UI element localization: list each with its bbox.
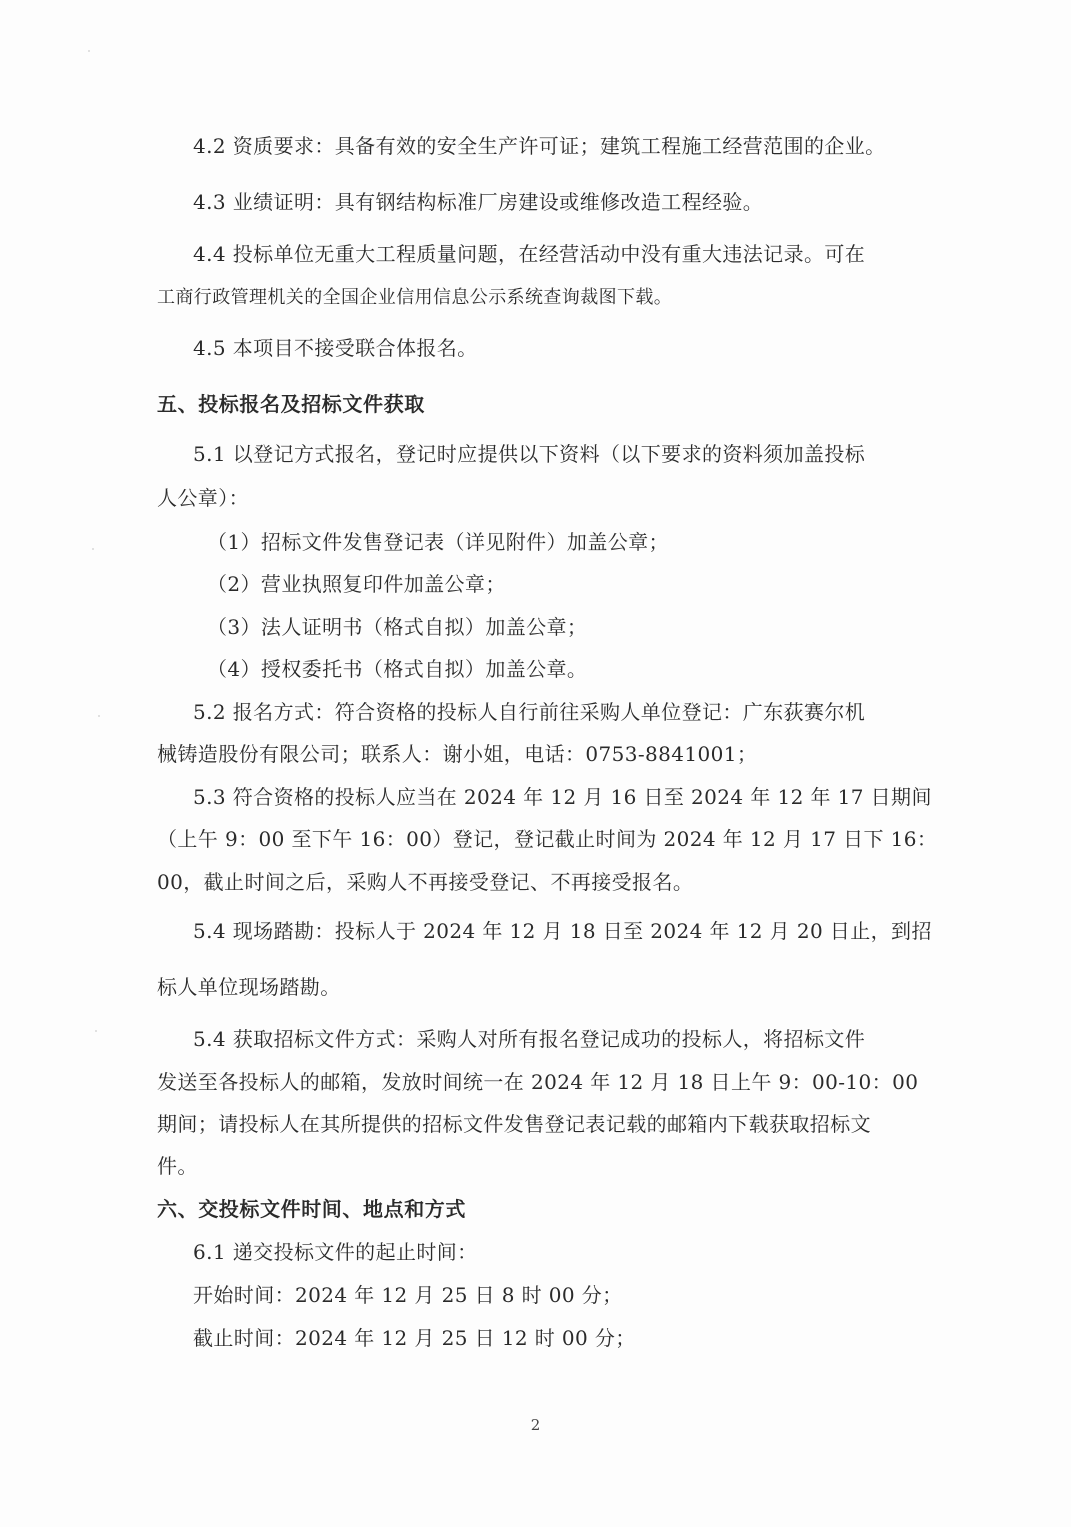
clause-5-4a-line2: 标人单位现场踏勘。 — [157, 974, 341, 1000]
clause-5-4b-line4: 件。 — [157, 1153, 198, 1179]
scan-speck — [95, 1030, 97, 1032]
scan-speck — [88, 50, 90, 52]
clause-5-4b-line3: 期间；请投标人在其所提供的招标文件发售登记表记载的邮箱内下载获取招标文 — [157, 1111, 871, 1137]
list-item-1: （1）招标文件发售登记表（详见附件）加盖公章； — [207, 529, 669, 555]
scan-speck — [98, 715, 100, 717]
list-item-3: （3）法人证明书（格式自拟）加盖公章； — [207, 614, 587, 640]
clause-5-2-line2: 械铸造股份有限公司；联系人：谢小姐，电话：0753-8841001； — [157, 741, 757, 767]
end-time: 截止时间：2024 年 12 月 25 日 12 时 00 分； — [193, 1325, 636, 1351]
clause-5-3-line3: 00，截止时间之后，采购人不再接受登记、不再接受报名。 — [157, 869, 693, 895]
clause-5-3-line2: （上午 9：00 至下午 16：00）登记，登记截止时间为 2024 年 12 … — [157, 826, 937, 852]
clause-5-3-line1: 5.3 符合资格的投标人应当在 2024 年 12 月 16 日至 2024 年… — [193, 784, 932, 810]
clause-4-3: 4.3 业绩证明：具有钢结构标准厂房建设或维修改造工程经验。 — [193, 189, 763, 215]
clause-5-1-line2: 人公章）： — [157, 485, 249, 511]
section-heading-6: 六、交投标文件时间、地点和方式 — [157, 1196, 466, 1222]
clause-5-4b-line2: 发送至各投标人的邮箱，发放时间统一在 2024 年 12 月 18 日上午 9：… — [157, 1069, 918, 1095]
clause-5-4a-line1: 5.4 现场踏勘：投标人于 2024 年 12 月 18 日至 2024 年 1… — [193, 918, 932, 944]
document-page: 4.2 资质要求：具备有效的安全生产许可证；建筑工程施工经营范围的企业。 4.3… — [0, 0, 1071, 1527]
scan-speck — [92, 548, 94, 550]
section-heading-5: 五、投标报名及招标文件获取 — [157, 391, 425, 417]
clause-4-4-line1: 4.4 投标单位无重大工程质量问题，在经营活动中没有重大违法记录。可在 — [193, 241, 865, 267]
start-time: 开始时间：2024 年 12 月 25 日 8 时 00 分； — [193, 1282, 623, 1308]
clause-4-2: 4.2 资质要求：具备有效的安全生产许可证；建筑工程施工经营范围的企业。 — [193, 133, 886, 159]
clause-6-1: 6.1 递交投标文件的起止时间： — [193, 1239, 478, 1265]
clause-5-4b-line1: 5.4 获取招标文件方式：采购人对所有报名登记成功的投标人，将招标文件 — [193, 1026, 865, 1052]
list-item-2: （2）营业执照复印件加盖公章； — [207, 571, 506, 597]
clause-5-1-line1: 5.1 以登记方式报名，登记时应提供以下资料（以下要求的资料须加盖投标 — [193, 441, 865, 467]
list-item-4: （4）授权委托书（格式自拟）加盖公章。 — [207, 656, 587, 682]
page-number: 2 — [0, 1416, 1071, 1434]
clause-4-4-line2: 工商行政管理机关的全国企业信用信息公示系统查询裁图下载。 — [157, 285, 672, 311]
clause-4-5: 4.5 本项目不接受联合体报名。 — [193, 335, 478, 361]
clause-5-2-line1: 5.2 报名方式：符合资格的投标人自行前往采购人单位登记：广东荻赛尔机 — [193, 699, 865, 725]
